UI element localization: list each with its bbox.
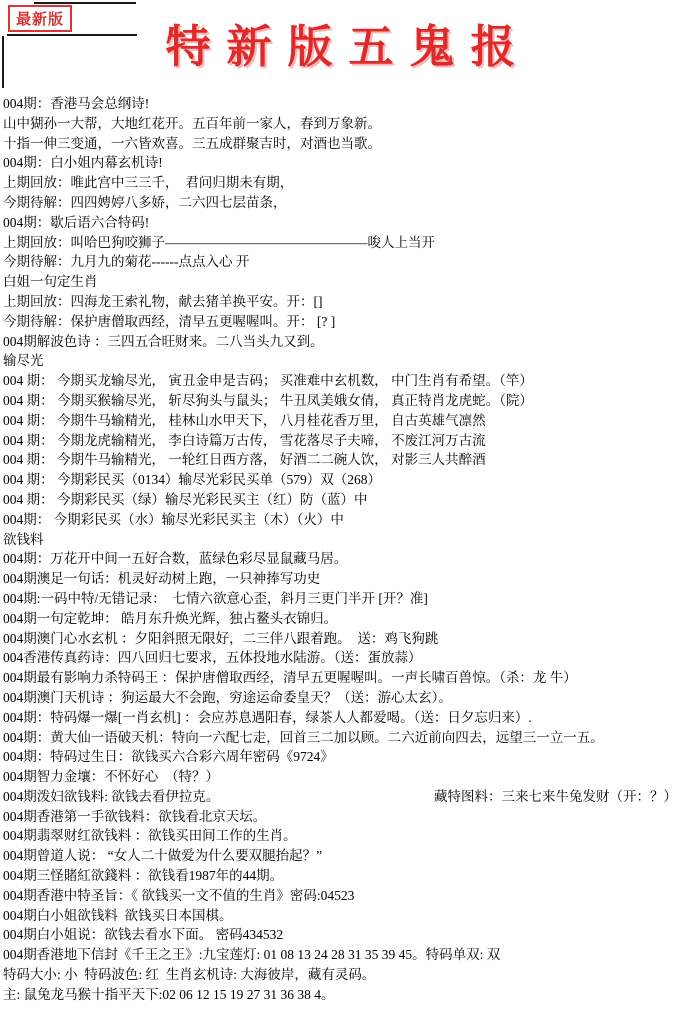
line-text: 今期待解：保护唐僧取西经，清早五更喔喔叫。开： [? ] [3,312,335,332]
line-text: 004期：特码爆一爆[一肖玄机] ：会应苏息遇阳春，绿茶人人都爱喝。（送：日夕忘… [3,708,532,728]
line-text: 白姐一句定生肖 [3,272,98,292]
text-line: 004期：特码爆一爆[一肖玄机] ：会应苏息遇阳春，绿茶人人都爱喝。（送：日夕忘… [3,708,677,728]
text-line: 004 期： 今期买龙输尽光， 寅丑金申是吉码； 买准难中玄机数， 中门生肖有希… [3,371,677,391]
page-header: 最新版 特新版五鬼报 [0,0,681,93]
line-text: 004 期： 今期买猴输尽光， 斩尽狗头与鼠头； 牛丑凤美娥女倩， 真正特肖龙虎… [3,391,533,411]
text-line: 004 期： 今期牛马输精光， 一轮红日西方落， 好酒二二碗人饮， 对影三人共醉… [3,450,677,470]
line-text: 004期三怪賭紅欲錢料 ：欲钱看1987年的44期。 [3,866,283,886]
text-line: 004期：白小姐内幕玄机诗! [3,153,677,173]
line-text: 004 期： 今期彩民买（0134）输尽光彩民买单（579）双（268） [3,470,381,490]
text-line: 004期： 今期彩民买（水）输尽光彩民买主（木）（火）中 [3,510,677,530]
text-line: 004期香港第一手欲钱料：欲钱看北京天坛。 [3,807,677,827]
line-text: 山中猢孙一大帮，大地红花开。五百年前一家人，春到万象新。 [3,114,381,134]
line-text: 特码大小: 小 特码波色: 红 生肖玄机诗: 大海彼岸，藏有灵码。 [3,965,375,985]
text-line: 004 期： 今期龙虎输精光， 李白诗篇万古传， 雪花落尽子夫啼， 不废江河万古… [3,431,677,451]
line-text: 今期待解：四四娉婷八多娇，二六四七层苗条， [3,193,287,213]
text-line: 004期澳门天机诗 ：狗运最大不会跑，穷途运命委皇天？（送：游心太玄）。 [3,688,677,708]
line-text: 十指一伸三变通，一六皆欢喜。三五成群聚吉时，对酒也当歌。 [3,134,381,154]
text-line: 004期智力金壤：不怀好心 （特？） [3,767,677,787]
latest-edition-badge: 最新版 [8,5,72,32]
line-text: 004 期： 今期彩民买（绿）输尽光彩民买主（红）防（蓝）中 [3,490,368,510]
text-line: 004期澳门心水玄机 ：夕阳斜照无限好，二三伴八跟着跑。 送：鸡飞狗跳 [3,629,677,649]
text-line: 欲钱料 [3,530,677,550]
line-right-text: 藏特图料：三来七来牛兔发财（开：？） [434,787,677,807]
line-text: 004期澳门天机诗 ：狗运最大不会跑，穷途运命委皇天？（送：游心太玄）。 [3,688,452,708]
text-line: 主: 鼠兔龙马猴十指平天下:02 06 12 15 19 27 31 36 38… [3,985,677,1005]
text-line: 004期：歇后语六合特码! [3,213,677,233]
line-text: 004期澳门心水玄机 ：夕阳斜照无限好，二三伴八跟着跑。 送：鸡飞狗跳 [3,629,438,649]
text-line: 山中猢孙一大帮，大地红花开。五百年前一家人，春到万象新。 [3,114,677,134]
line-text: 004香港传真药诗：四八回归七要求，五体投地水陆游。（送：蛋放蒜） [3,648,422,668]
line-text: 004 期： 今期牛马输精光， 一轮红日西方落， 好酒二二碗人饮， 对影三人共醉… [3,450,486,470]
line-text: 上期回放：叫哈巴狗咬狮子———————————————唆人上当开 [3,233,435,253]
line-text: 004期泼妇欲钱料: 欲钱去看伊拉克。 [3,787,219,807]
text-line: 004期翡翠财红欲钱料 ：欲钱买田间工作的生肖。 [3,826,677,846]
text-line: 上期回放：叫哈巴狗咬狮子———————————————唆人上当开 [3,233,677,253]
line-text: 004期翡翠财红欲钱料 ：欲钱买田间工作的生肖。 [3,826,297,846]
line-text: 004期：黄大仙一语破天机：特向一六配七走，回首三二加以顾。二六近前向四去，远望… [3,728,604,748]
text-line: 今期待解：九月九的菊花------点点入心 开 [3,252,677,272]
text-line: 004期最有影响力杀特码王 ：保护唐僧取西经，清早五更喔喔叫。一声长啸百兽惊。（… [3,668,677,688]
text-line: 004香港传真药诗：四八回归七要求，五体投地水陆游。（送：蛋放蒜） [3,648,677,668]
text-line: 004 期： 今期彩民买（0134）输尽光彩民买单（579）双（268） [3,470,677,490]
text-line: 004期：香港马会总纲诗! [3,94,677,114]
line-text: 004期：特码过生日：欲钱买六合彩六周年密码《9724》 [3,747,334,767]
line-text: 004期智力金壤：不怀好心 （特？） [3,767,219,787]
line-text: 004期解波色诗 ：三四五合旺财来。二八当头九又到。 [3,332,324,352]
line-text: 004期曾道人说： “女人二十做爱为什么要双腿抬起？” [3,846,322,866]
top-rule-line [34,2,136,4]
line-text: 004期:一码中特/无错记录： 七情六欲意心歪，斜月三更门半开 [开？准] [3,589,428,609]
text-line: 004期香港中特圣旨：《 欲钱买一文不值的生肖》密码:04523 [3,886,677,906]
line-text: 004 期： 今期牛马输精光， 桂林山水甲天下， 八月桂花香万里， 自古英雄气凛… [3,411,486,431]
line-text: 004期香港中特圣旨：《 欲钱买一文不值的生肖》密码:04523 [3,886,354,906]
text-line: 004期解波色诗 ：三四五合旺财来。二八当头九又到。 [3,332,677,352]
line-text: 004 期： 今期买龙输尽光， 寅丑金申是吉码； 买准难中玄机数， 中门生肖有希… [3,371,533,391]
text-line: 今期待解：保护唐僧取西经，清早五更喔喔叫。开： [? ] [3,312,677,332]
text-line: 上期回放：唯此宫中三三千， 君问归期未有期， [3,173,677,193]
text-line: 004期一句定乾坤： 皓月东升焕光辉，独占鳌头衣锦归。 [3,609,677,629]
text-line: 十指一伸三变通，一六皆欢喜。三五成群聚吉时，对酒也当歌。 [3,134,677,154]
text-line: 004期：万花开中间一五好合数，蓝绿色彩尽显鼠藏马居。 [3,549,677,569]
line-text: 输尽光 [3,351,44,371]
text-line: 004期：黄大仙一语破天机：特向一六配七走，回首三二加以顾。二六近前向四去，远望… [3,728,677,748]
text-line: 特码大小: 小 特码波色: 红 生肖玄机诗: 大海彼岸，藏有灵码。 [3,965,677,985]
text-line: 004期：特码过生日：欲钱买六合彩六周年密码《9724》 [3,747,677,767]
text-line: 004期三怪賭紅欲錢料 ：欲钱看1987年的44期。 [3,866,677,886]
text-line: 004期曾道人说： “女人二十做爱为什么要双腿抬起？” [3,846,677,866]
line-text: 004期：白小姐内幕玄机诗! [3,153,163,173]
text-line: 上期回放：四海龙王索礼物，献去猪羊换平安。开：[] [3,292,677,312]
line-text: 上期回放：四海龙王索礼物，献去猪羊换平安。开：[] [3,292,323,312]
line-text: 004期澳足一句话：机灵好动树上跑，一只神捧写功史 [3,569,320,589]
line-text: 004期：歇后语六合特码! [3,213,149,233]
line-text: 今期待解：九月九的菊花------点点入心 开 [3,252,249,272]
text-line: 004期泼妇欲钱料: 欲钱去看伊拉克。藏特图料：三来七来牛兔发财（开：？） [3,787,677,807]
page-title: 特新版五鬼报 [0,10,681,75]
line-text: 004期最有影响力杀特码王 ：保护唐僧取西经，清早五更喔喔叫。一声长啸百兽惊。（… [3,668,577,688]
text-line: 004期澳足一句话：机灵好动树上跑，一只神捧写功史 [3,569,677,589]
line-text: 上期回放：唯此宫中三三千， 君问归期未有期， [3,173,293,193]
line-text: 主: 鼠兔龙马猴十指平天下:02 06 12 15 19 27 31 36 38… [3,985,335,1005]
line-text: 欲钱料 [3,530,44,550]
text-line: 白姐一句定生肖 [3,272,677,292]
text-line: 今期待解：四四娉婷八多娇，二六四七层苗条， [3,193,677,213]
line-text: 004期：万花开中间一五好合数，蓝绿色彩尽显鼠藏马居。 [3,549,347,569]
text-line: 输尽光 [3,351,677,371]
line-text: 004期：香港马会总纲诗! [3,94,149,114]
line-text: 004期： 今期彩民买（水）输尽光彩民买主（木）（火）中 [3,510,344,530]
text-line: 004 期： 今期买猴输尽光， 斩尽狗头与鼠头； 牛丑凤美娥女倩， 真正特肖龙虎… [3,391,677,411]
text-line: 004期:一码中特/无错记录： 七情六欲意心歪，斜月三更门半开 [开？准] [3,589,677,609]
body-lines: 004期：香港马会总纲诗!山中猢孙一大帮，大地红花开。五百年前一家人，春到万象新… [0,93,681,1005]
line-text: 004期香港第一手欲钱料：欲钱看北京天坛。 [3,807,266,827]
line-text: 004期白小姐说：欲钱去看水下面。 密码434532 [3,925,283,945]
text-line: 004期香港地下信封《千王之王》:九宝莲灯: 01 08 13 24 28 31… [3,945,677,965]
text-line: 004期白小姐欲钱料 欲钱买日本国棋。 [3,906,677,926]
text-line: 004期白小姐说：欲钱去看水下面。 密码434532 [3,925,677,945]
text-line: 004 期： 今期彩民买（绿）输尽光彩民买主（红）防（蓝）中 [3,490,677,510]
line-text: 004期白小姐欲钱料 欲钱买日本国棋。 [3,906,233,926]
line-text: 004期香港地下信封《千王之王》:九宝莲灯: 01 08 13 24 28 31… [3,945,500,965]
line-text: 004 期： 今期龙虎输精光， 李白诗篇万古传， 雪花落尽子夫啼， 不废江河万古… [3,431,486,451]
line-text: 004期一句定乾坤： 皓月东升焕光辉，独占鳌头衣锦归。 [3,609,337,629]
page: { "colors": { "accent_red": "#e02a2a", "… [0,0,681,1017]
text-line: 004 期： 今期牛马输精光， 桂林山水甲天下， 八月桂花香万里， 自古英雄气凛… [3,411,677,431]
